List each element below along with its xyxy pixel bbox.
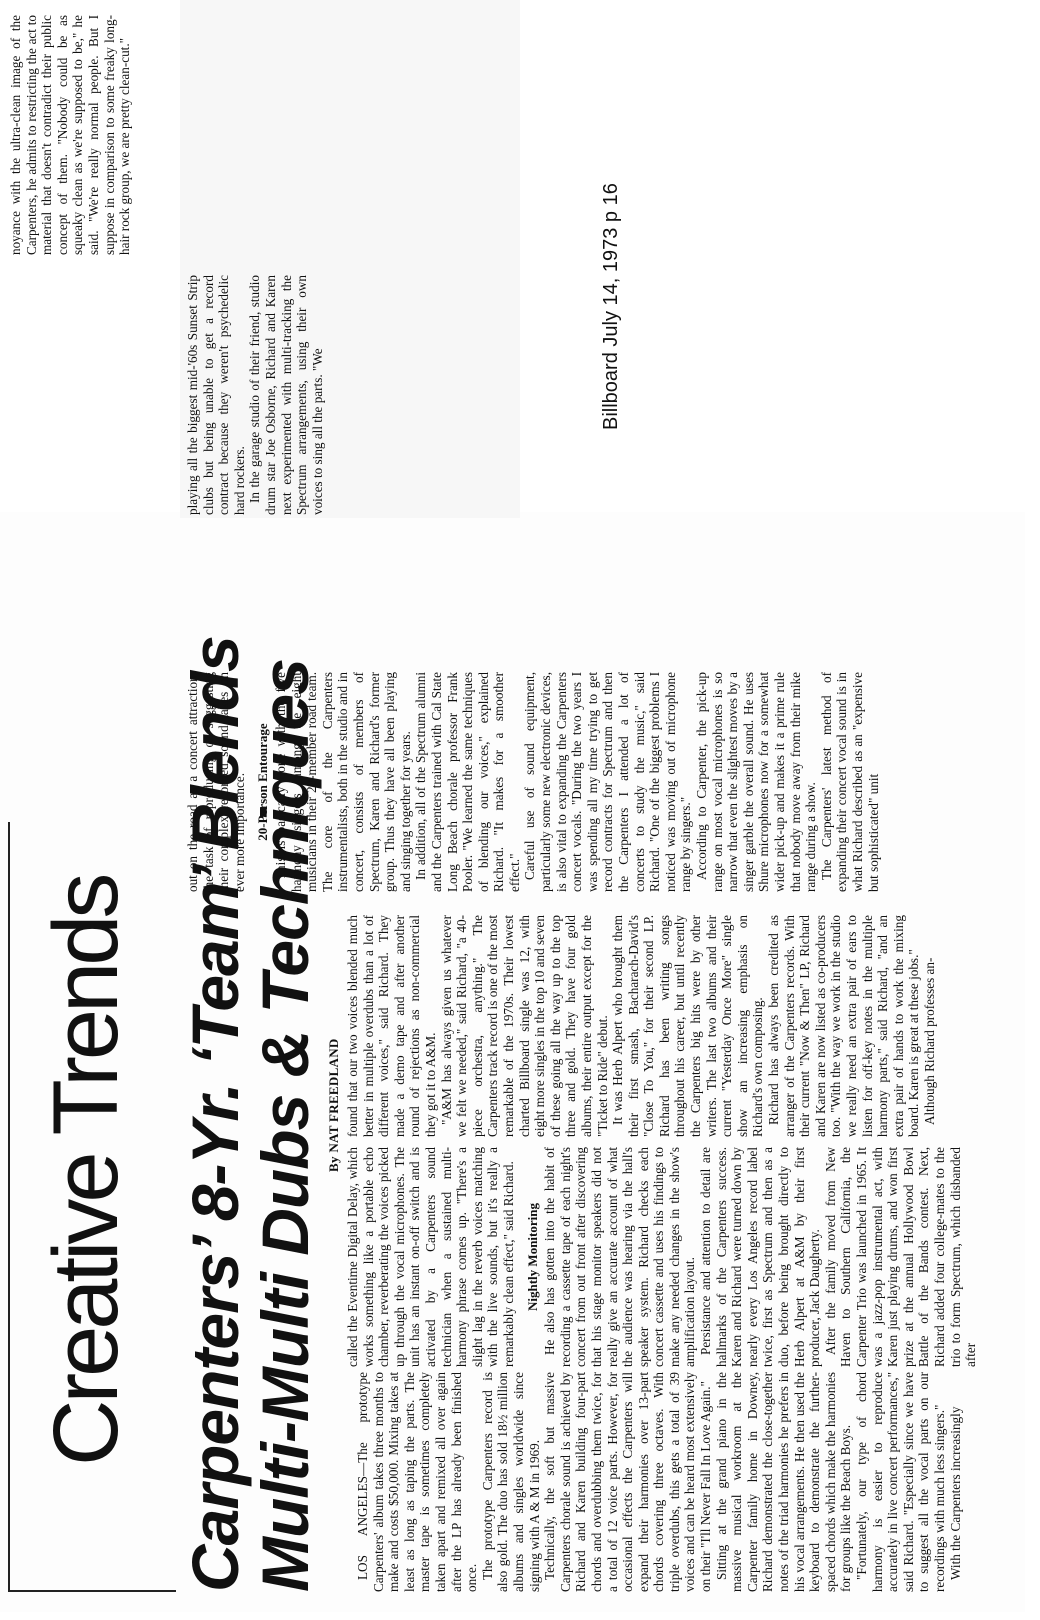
article-column-4: out on the road as a concert attraction,… (185, 672, 881, 892)
article-column-6: noyance with the ultra-clean image of th… (8, 15, 133, 255)
newspaper-clipping: Creative Trends Carpenters’ 8-Yr. ‘Team’… (0, 0, 1040, 1620)
paragraph: According to Carpenter, the pick-up rang… (694, 672, 819, 892)
paragraph: Careful use of sound equipment, particul… (522, 672, 694, 892)
article-column-3: found that our two voices blended much b… (345, 915, 938, 1137)
paragraph: Persistance and attention to detail are … (698, 1147, 823, 1367)
byline: By NAT FREEDLAND (326, 1038, 342, 1172)
paragraph: The prototype Carpenters record is also … (480, 1372, 542, 1592)
article-column-5: playing all the biggest mid-'60s Sunset … (185, 275, 325, 515)
paragraph: out on the road as a concert attraction,… (185, 672, 247, 892)
paragraph: In the garage studio of their friend, st… (247, 275, 325, 515)
paragraph: This is basically done with the five har… (273, 672, 413, 892)
paragraph: "A&M has always given us whatever we fel… (439, 915, 611, 1137)
paragraph: Sitting at the grand piano in the massiv… (714, 1372, 854, 1592)
article-column-1: LOS ANGELES—The prototype Carpenters' al… (355, 1372, 963, 1592)
source-caption: Billboard July 14, 1973 p 16 (600, 183, 623, 430)
paragraph: After the family moved from New Haven to… (823, 1147, 979, 1367)
paragraph: He also has gotten into the habit of rec… (542, 1147, 698, 1367)
paragraph: playing all the biggest mid-'60s Sunset … (185, 275, 247, 515)
subheading-20-person-entourage: 20-Person Entourage (255, 672, 271, 892)
paragraph: noyance with the ultra-clean image of th… (8, 15, 133, 255)
article-main-block: Creative Trends Carpenters’ 8-Yr. ‘Team’… (0, 512, 1025, 1612)
paragraph: LOS ANGELES—The prototype Carpenters' al… (355, 1372, 480, 1592)
paragraph: It was Herb Alpert who brought them thei… (610, 915, 766, 1137)
paragraph: In addition, all of the Spectrum alumni … (413, 672, 522, 892)
paragraph: Richard has always been credited as arra… (766, 915, 922, 1137)
section-kicker: Creative Trends (40, 871, 132, 1472)
paragraph: found that our two voices blended much b… (345, 915, 439, 1137)
paragraph: The Carpenters' latest method of expandi… (819, 672, 881, 892)
paragraph: called the Eventime Digital Delay, which… (345, 1147, 517, 1367)
paragraph: With the Carpenters increasingly (948, 1372, 964, 1592)
article-column-2: called the Eventime Digital Delay, which… (345, 1147, 979, 1367)
subheading-nightly-monitoring: Nightly Monitoring (525, 1147, 541, 1367)
paragraph: Technically, the soft but massive Carpen… (542, 1372, 714, 1592)
paragraph: Although Richard professes an- (922, 915, 938, 1137)
paragraph: "Fortunately, our type of chord harmony … (854, 1372, 948, 1592)
